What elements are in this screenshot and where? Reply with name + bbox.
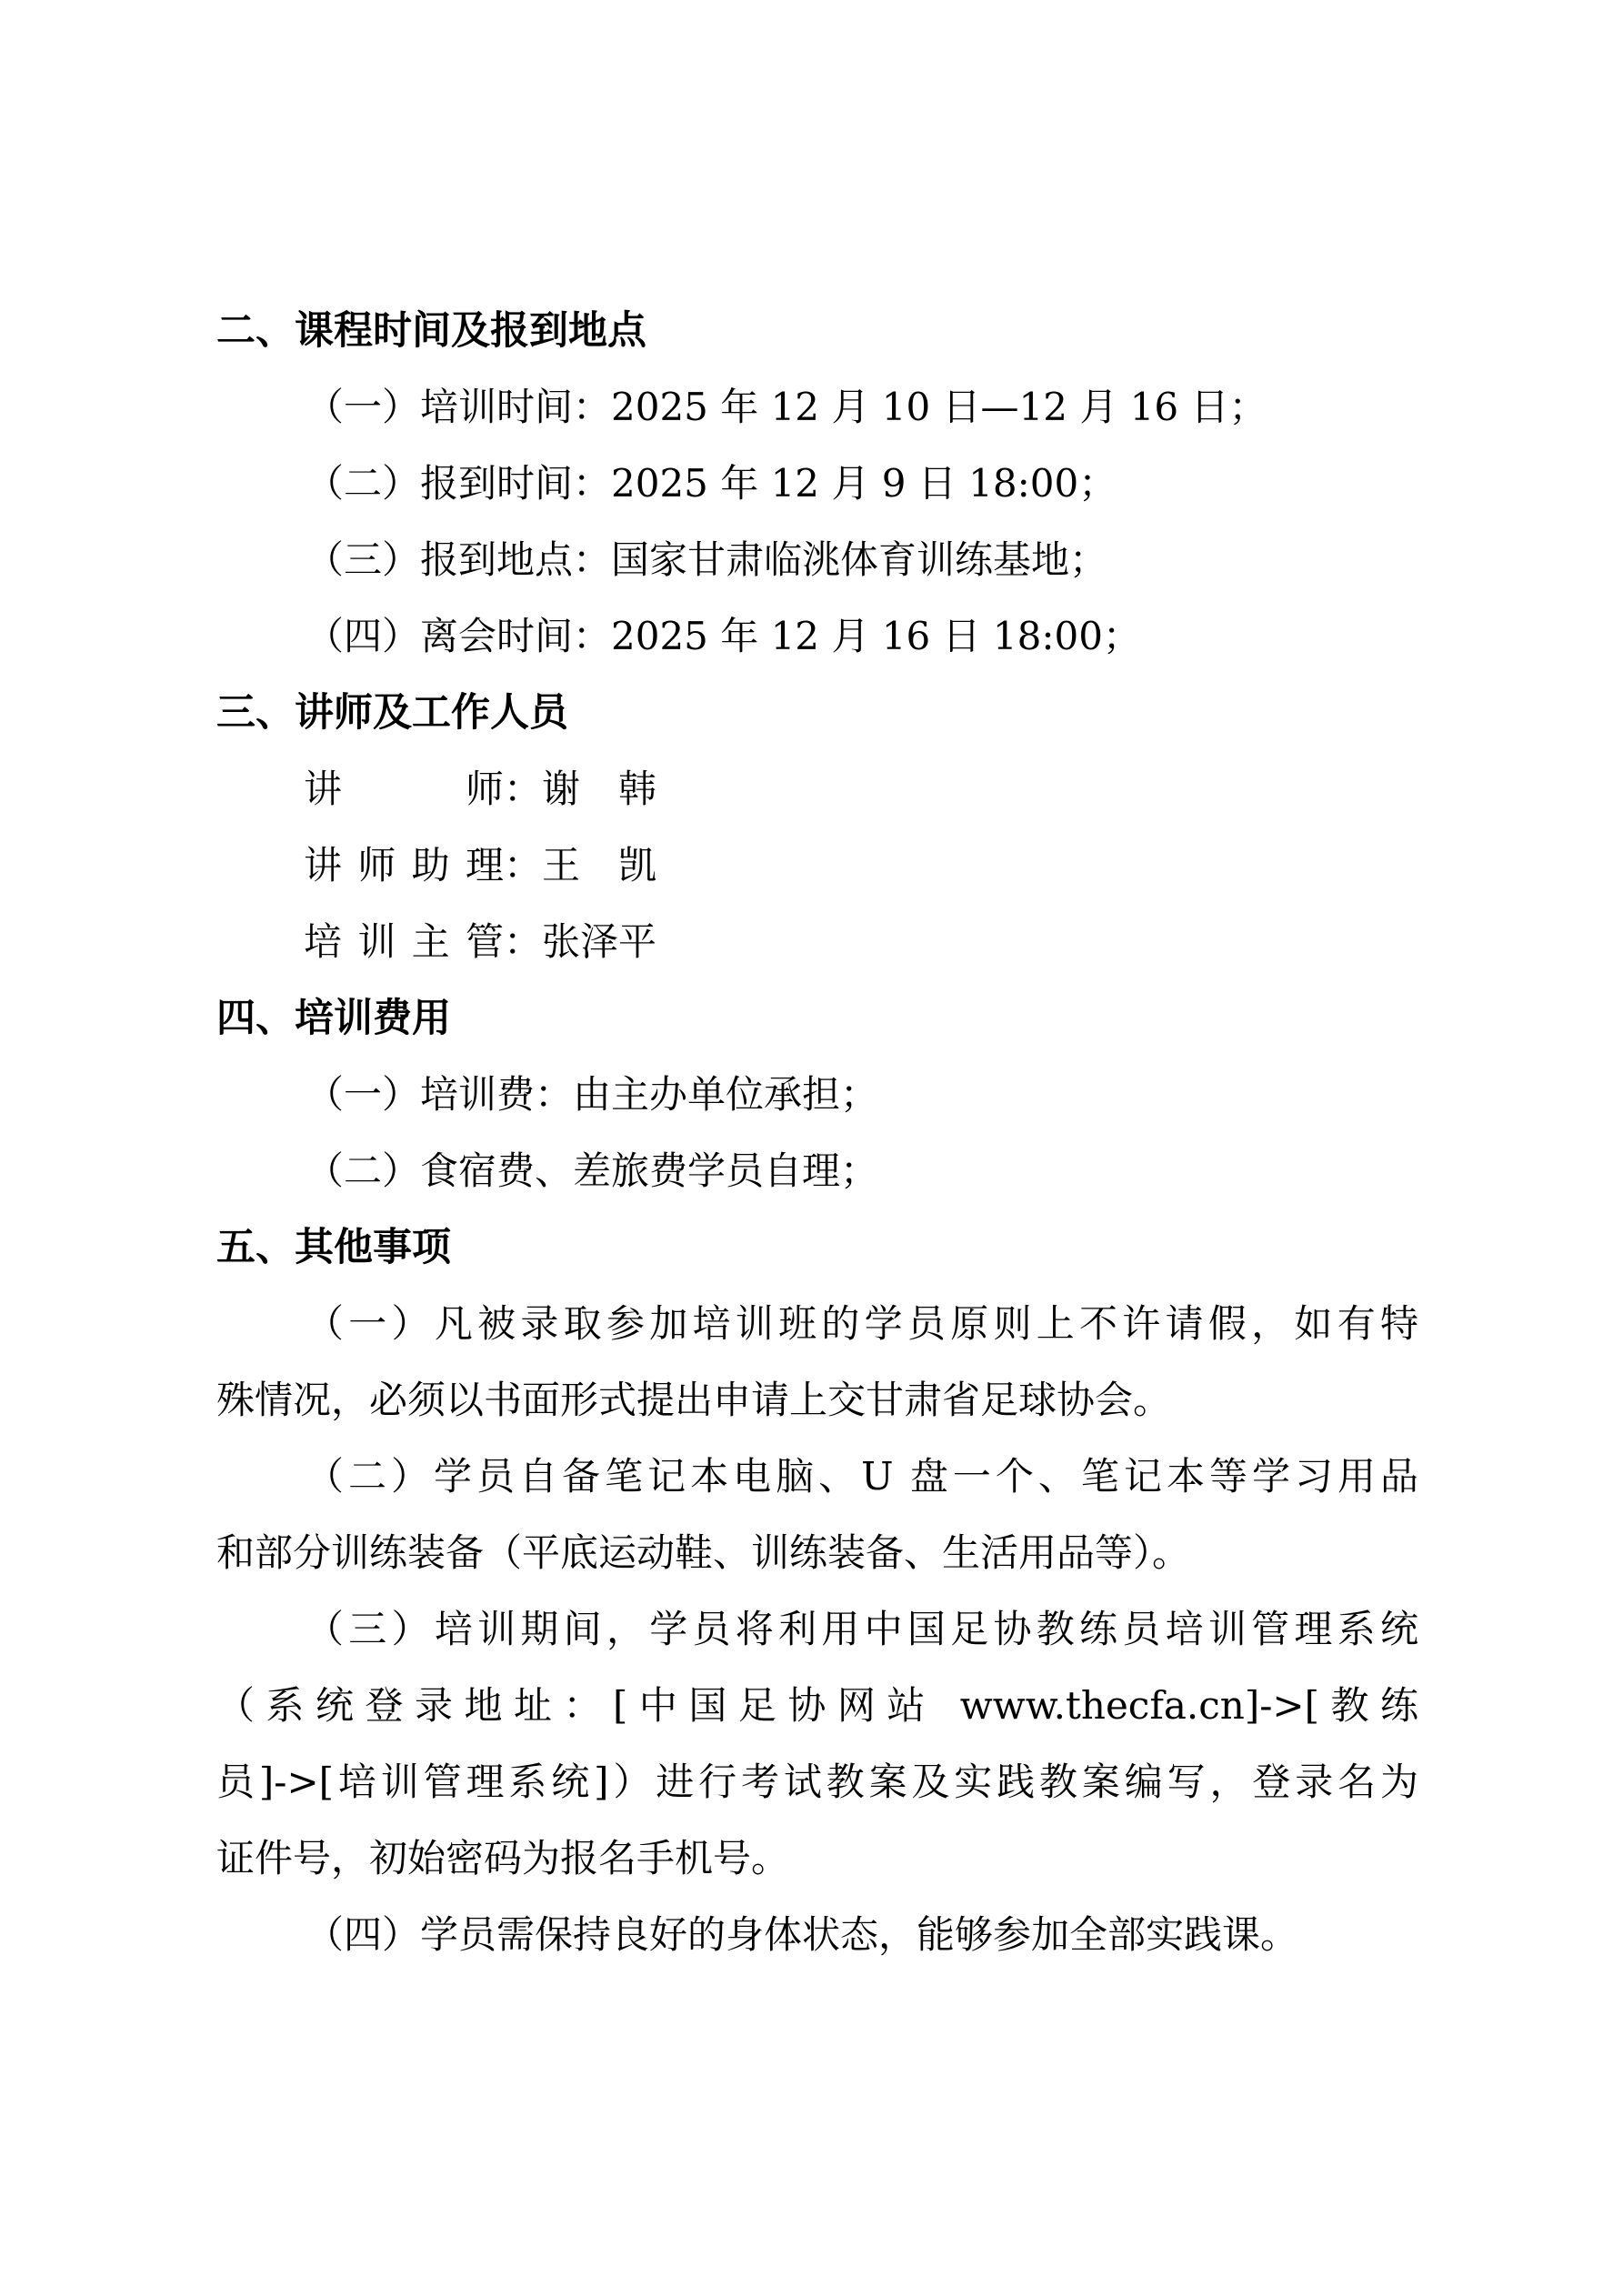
other-para-3-line-1: （三）培训期间，学员将利用中国足协教练员培训管理系统 [306,1591,1418,1668]
schedule-item-checkin-time: （二）报到时间：2025 年 12 月 9 日 18:00； [306,446,1418,522]
staff-label: 讲师 [304,751,504,827]
section-heading-staff: 三、讲师及工作人员 [216,675,1418,751]
other-para-2-line-1: （二）学员自备笔记本电脑、U 盘一个、笔记本等学习用品 [306,1439,1418,1515]
document-page: 二、课程时间及报到地点 （一）培训时间：2025 年 12 月 10 日—12 … [0,0,1623,2296]
other-para-1-line-1: （一）凡被录取参加培训班的学员原则上不许请假，如有特 [306,1286,1418,1362]
staff-name: 张泽平 [542,919,656,964]
staff-row-supervisor: 培训主管：张泽平 [304,904,1506,980]
staff-name: 谢 韩 [542,767,656,811]
staff-sep: ： [504,767,542,811]
staff-row-lecturer: 讲师：谢 韩 [304,751,1506,827]
section-heading-fees: 四、培训费用 [216,980,1418,1057]
fee-item-training: （一）培训费：由主办单位承担； [306,1057,1418,1133]
section-heading-other: 五、其他事项 [216,1209,1418,1286]
staff-sep: ： [504,919,542,964]
fee-item-lodging: （二）食宿费、差旅费学员自理； [306,1133,1418,1209]
schedule-item-checkin-location: （三）报到地点：国家甘肃临洮体育训练基地； [306,522,1418,598]
staff-name: 王 凯 [542,843,656,887]
staff-label: 讲师助理 [304,827,504,904]
other-para-4-line-1: （四）学员需保持良好的身体状态，能够参加全部实践课。 [306,1897,1418,1973]
schedule-item-training-time: （一）培训时间：2025 年 12 月 10 日—12 月 16 日； [306,369,1418,446]
other-para-1-line-2: 殊情况，必须以书面形式提出申请上交甘肃省足球协会。 [216,1362,1418,1439]
staff-label: 培训主管 [304,904,504,980]
other-para-3-line-2: （系统登录地址：[中国足协网站 www.thecfa.cn]->[教练 [216,1668,1418,1744]
other-para-3-line-4: 证件号，初始密码为报名手机号。 [216,1820,1418,1897]
section-heading-schedule: 二、课程时间及报到地点 [216,293,1418,369]
other-para-3-line-3: 员]->[培训管理系统]）进行考试教案及实践教案编写，登录名为 [216,1744,1418,1820]
schedule-item-departure-time: （四）离会时间：2025 年 12 月 16 日 18:00； [306,598,1418,675]
other-para-2-line-2: 和部分训练装备（平底运动鞋、训练装备、生活用品等）。 [216,1515,1418,1591]
staff-sep: ： [504,843,542,887]
staff-row-assistant: 讲师助理：王 凯 [304,827,1506,904]
